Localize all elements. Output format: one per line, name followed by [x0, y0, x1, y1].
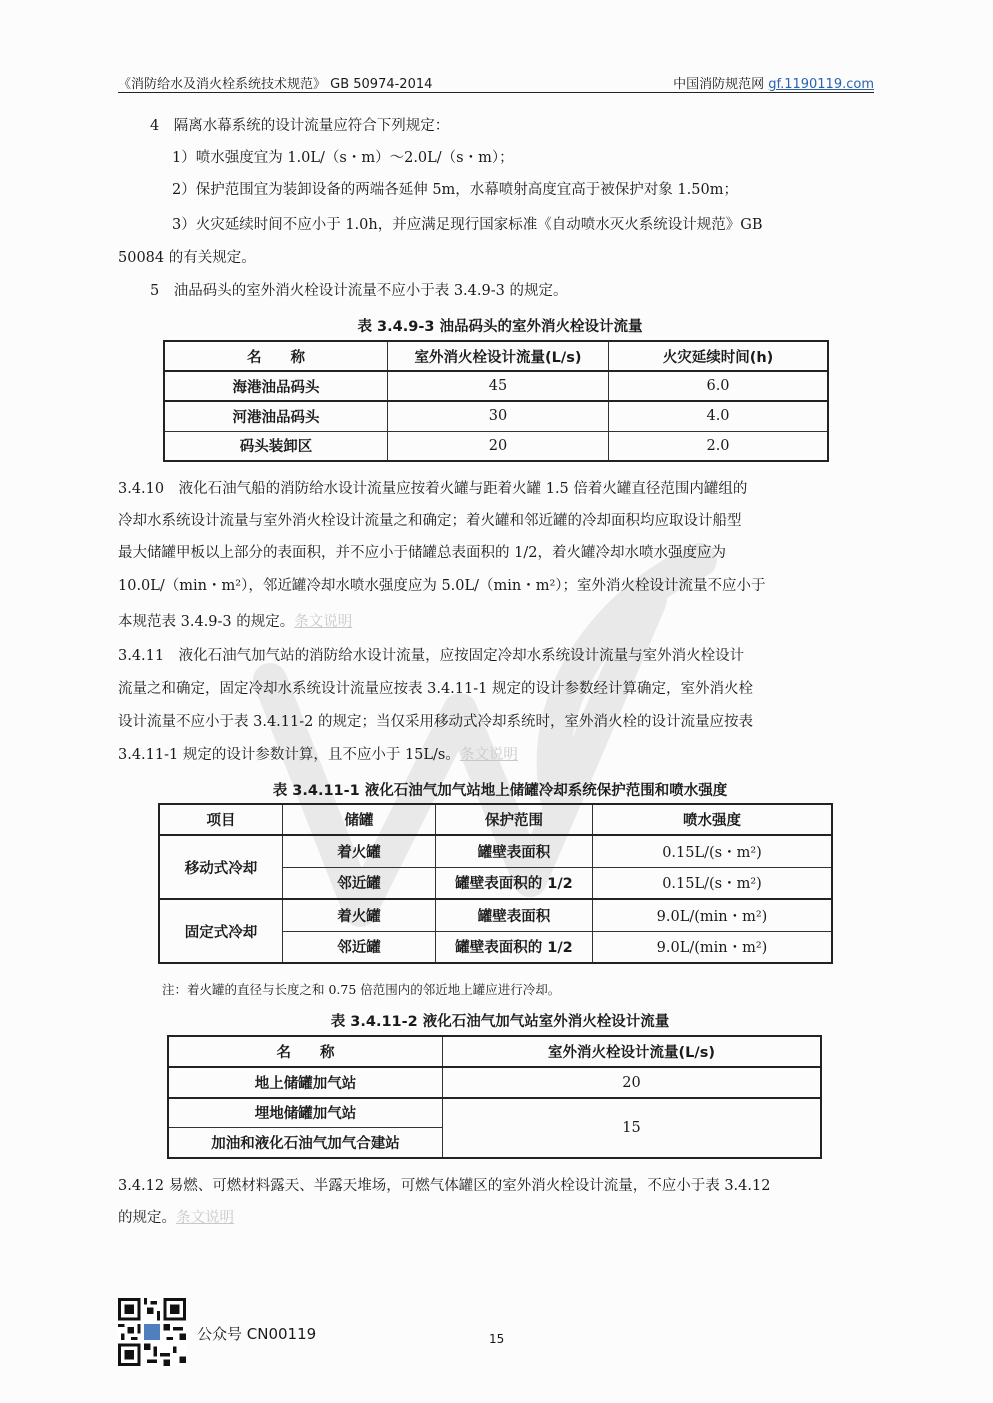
- table-header-cell: 名 称: [168, 1036, 443, 1067]
- table-row: 海港油品码头 45 6.0: [164, 371, 828, 401]
- table-cell: 码头装卸区: [164, 431, 388, 461]
- table-349-3-caption: 表 3.4.9-3 油品码头的室外消火栓设计流量: [150, 315, 850, 336]
- explanation-link[interactable]: 条文说明: [460, 747, 518, 763]
- table-header-cell: 室外消火栓设计流量(L/s): [388, 341, 609, 371]
- table-header-cell: 火灾延续时间(h): [609, 341, 829, 371]
- clause-4-item-2: 2）保护范围宜为装卸设备的两端各延伸 5m，水幕喷射高度宜高于被保护对象 1.5…: [172, 175, 932, 206]
- clause-3410-line-4: 10.0L/（min・m²），邻近罐冷却水喷水强度应为 5.0L/（min・m²…: [118, 571, 878, 602]
- page-number: 15: [489, 1332, 504, 1346]
- clause-3411-line-2: 流量之和确定，固定冷却水系统设计流量应按表 3.4.11-1 规定的设计参数经计…: [118, 674, 878, 705]
- table-cell: 20: [388, 431, 609, 461]
- table-cell: 移动式冷却: [159, 835, 283, 899]
- clause-3410-line-5: 本规范表 3.4.9-3 的规定。条文说明: [118, 607, 878, 638]
- table-cell: 30: [388, 401, 609, 431]
- clause-4-item-3-line-2: 50084 的有关规定。: [118, 243, 878, 274]
- site-name: 中国消防规范网: [673, 77, 764, 92]
- table-row: 码头装卸区 20 2.0: [164, 431, 828, 461]
- clause-4-item-1: 1）喷水强度宜为 1.0L/（s・m）～2.0L/（s・m）；: [172, 143, 932, 174]
- table-349-3: 名 称 室外消火栓设计流量(L/s) 火灾延续时间(h) 海港油品码头 45 6…: [163, 340, 829, 462]
- table-cell: 0.15L/(s・m²): [593, 867, 833, 899]
- table-cell: 罐壁表面积: [436, 899, 593, 931]
- site-info: 中国消防规范网gf.1190119.com: [673, 73, 874, 92]
- table-cell: 20: [443, 1067, 822, 1098]
- table-row: 埋地储罐加气站 15: [168, 1098, 821, 1127]
- table-row: 地上储罐加气站 20: [168, 1067, 821, 1098]
- table-cell: 6.0: [609, 371, 829, 401]
- table-3411-1-caption: 表 3.4.11-1 液化石油气加气站地上储罐冷却系统保护范围和喷水强度: [150, 779, 850, 800]
- clause-3410-line-2: 冷却水系统设计流量与室外消火栓设计流量之和确定；着火罐和邻近罐的冷却面积均应取设…: [118, 506, 878, 537]
- clause-3410-line-1: 3.4.10 液化石油气船的消防给水设计流量应按着火罐与距着火罐 1.5 倍着火…: [118, 474, 878, 505]
- table-cell: 罐壁表面积的 1/2: [436, 867, 593, 899]
- page-header: 《消防给水及消火栓系统技术规范》 GB 50974-2014 中国消防规范网gf…: [118, 72, 874, 93]
- table-header-cell: 室外消火栓设计流量(L/s): [443, 1036, 822, 1067]
- table-cell: 45: [388, 371, 609, 401]
- clause-text: 本规范表 3.4.9-3 的规定。: [118, 614, 294, 630]
- explanation-link[interactable]: 条文说明: [294, 614, 352, 630]
- table-3411-1: 项目 储罐 保护范围 喷水强度 移动式冷却 着火罐 罐壁表面积 0.15L/(s…: [158, 803, 833, 964]
- table-3411-2-caption: 表 3.4.11-2 液化石油气加气站室外消火栓设计流量: [150, 1010, 850, 1031]
- table-cell: 海港油品码头: [164, 371, 388, 401]
- table-header-cell: 名 称: [164, 341, 388, 371]
- clause-3410-line-3: 最大储罐甲板以上部分的表面积，并不应小于储罐总表面积的 1/2，着火罐冷却水喷水…: [118, 538, 878, 569]
- table-cell: 15: [443, 1098, 822, 1158]
- table-cell: 2.0: [609, 431, 829, 461]
- clause-5: 5 油品码头的室外消火栓设计流量不应小于表 3.4.9-3 的规定。: [150, 276, 910, 307]
- table-cell: 9.0L/(min・m²): [593, 931, 833, 963]
- document-title: 《消防给水及消火栓系统技术规范》 GB 50974-2014: [118, 73, 432, 92]
- table-cell: 4.0: [609, 401, 829, 431]
- table-cell: 邻近罐: [283, 931, 436, 963]
- table-cell: 着火罐: [283, 899, 436, 931]
- table-cell: 0.15L/(s・m²): [593, 835, 833, 867]
- table-header-cell: 项目: [159, 804, 283, 835]
- table-header-cell: 保护范围: [436, 804, 593, 835]
- clause-3411-line-4: 3.4.11-1 规定的设计参数计算，且不应小于 15L/s。条文说明: [118, 740, 878, 771]
- table-cell: 河港油品码头: [164, 401, 388, 431]
- table-row: 固定式冷却 着火罐 罐壁表面积 9.0L/(min・m²): [159, 899, 832, 931]
- table-cell: 罐壁表面积的 1/2: [436, 931, 593, 963]
- site-link[interactable]: gf.1190119.com: [768, 77, 874, 92]
- table-row: 移动式冷却 着火罐 罐壁表面积 0.15L/(s・m²): [159, 835, 832, 867]
- table-cell: 罐壁表面积: [436, 835, 593, 867]
- explanation-link[interactable]: 条文说明: [176, 1210, 234, 1226]
- table-row: 河港油品码头 30 4.0: [164, 401, 828, 431]
- table-header-cell: 喷水强度: [593, 804, 833, 835]
- clause-4-heading: 4 隔离水幕系统的设计流量应符合下列规定：: [150, 111, 910, 142]
- clause-3411-line-1: 3.4.11 液化石油气加气站的消防给水设计流量，应按固定冷却水系统设计流量与室…: [118, 641, 878, 672]
- clause-4-item-3-line-1: 3）火灾延续时间不应小于 1.0h，并应满足现行国家标准《自动喷水灭火系统设计规…: [172, 210, 932, 241]
- qr-code-icon: [118, 1298, 186, 1366]
- table-cell: 着火罐: [283, 835, 436, 867]
- table-cell: 地上储罐加气站: [168, 1067, 443, 1098]
- table-3411-1-note: 注：着火罐的直径与长度之和 0.75 倍范围内的邻近地上罐应进行冷却。: [162, 980, 560, 998]
- clause-3411-line-3: 设计流量不应小于表 3.4.11-2 的规定；当仅采用移动式冷却系统时，室外消火…: [118, 707, 878, 738]
- table-cell: 邻近罐: [283, 867, 436, 899]
- table-3411-2: 名 称 室外消火栓设计流量(L/s) 地上储罐加气站 20 埋地储罐加气站 15…: [167, 1035, 822, 1159]
- clause-3412-line-2: 的规定。条文说明: [118, 1203, 878, 1234]
- wechat-account-label: 公众号 CN00119: [197, 1323, 316, 1344]
- table-cell: 埋地储罐加气站: [168, 1098, 443, 1127]
- table-header-cell: 储罐: [283, 804, 436, 835]
- table-cell: 固定式冷却: [159, 899, 283, 963]
- table-cell: 加油和液化石油气加气合建站: [168, 1127, 443, 1158]
- clause-text: 的规定。: [118, 1210, 176, 1226]
- clause-text: 3.4.11-1 规定的设计参数计算，且不应小于 15L/s。: [118, 747, 460, 763]
- clause-3412-line-1: 3.4.12 易燃、可燃材料露天、半露天堆场，可燃气体罐区的室外消火栓设计流量，…: [118, 1171, 878, 1202]
- table-cell: 9.0L/(min・m²): [593, 899, 833, 931]
